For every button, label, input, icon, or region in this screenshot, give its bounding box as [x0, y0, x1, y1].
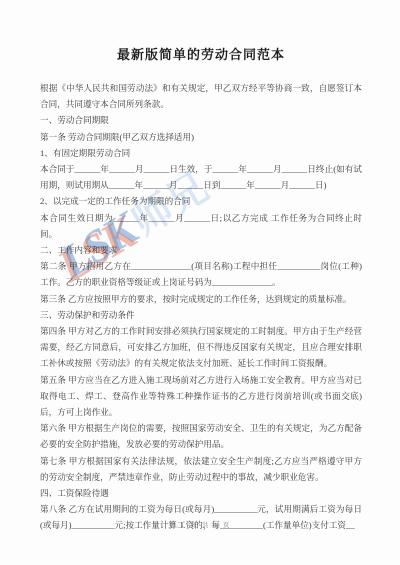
section-heading-4: 四、工资保险待遇	[40, 485, 362, 501]
page-number: 第 1 页 共 5 页	[0, 520, 400, 529]
paragraph-intro: 根据《中华人民共和国劳动法》和有关规定，甲乙双方经平等协商一致，自愿签订本合同，…	[40, 80, 362, 112]
paragraph-article-6: 第六条 甲方根据生产岗位的需要，按照国家劳动安全、卫生的有关规定，为乙方配备必要…	[40, 420, 362, 452]
section-heading-2: 二、工作内容和要求	[40, 242, 362, 258]
document-title: 最新版简单的劳动合同范本	[40, 46, 362, 64]
paragraph-article-2: 第二条 甲方招用乙方在______________(项目名称)工程中担任____…	[40, 258, 362, 290]
paragraph-article-5: 第五条 甲方应当在乙方进入施工现场前对乙方进行入场施工安全教育。甲方应当对已取得…	[40, 372, 362, 421]
paragraph-article-4: 第四条 甲方对乙方的工作时间安排必须执行国家规定的工时制度。甲方由于生产经营需要…	[40, 323, 362, 372]
section-heading-3: 三、劳动保护和劳动条件	[40, 307, 362, 323]
section-heading-1: 一、劳动合同期限	[40, 112, 362, 128]
document-body: 最新版简单的劳动合同范本 根据《中华人民共和国劳动法》和有关规定，甲乙双方经平等…	[40, 46, 362, 534]
paragraph-effective-date: 本合同生效日期为______年______月______日;以乙方完成 工作任务…	[40, 210, 362, 242]
paragraph-term-dates: 本合同于______年______月______日生效，于______年____…	[40, 161, 362, 193]
paragraph-fixed-term: 1、有固定期限劳动合同	[40, 145, 362, 161]
paragraph-article-7: 第七条 甲方根据国家有关法律法规，依法建立安全生产制度;乙方应当严格遵守甲方的劳…	[40, 453, 362, 485]
paragraph-article-1: 第一条 劳动合同期限(甲乙双方选择适用)	[40, 129, 362, 145]
paragraph-article-3: 第三条 乙方应按照甲方的要求，按时完成规定的工作任务，达到规定的质量标准。	[40, 291, 362, 307]
contract-document-page: LSK师兄 最新版简单的劳动合同范本 根据《中华人民共和国劳动法》和有关规定，甲…	[0, 0, 400, 565]
paragraph-task-term: 2、以完成一定的工作任务为期限的合同	[40, 193, 362, 209]
